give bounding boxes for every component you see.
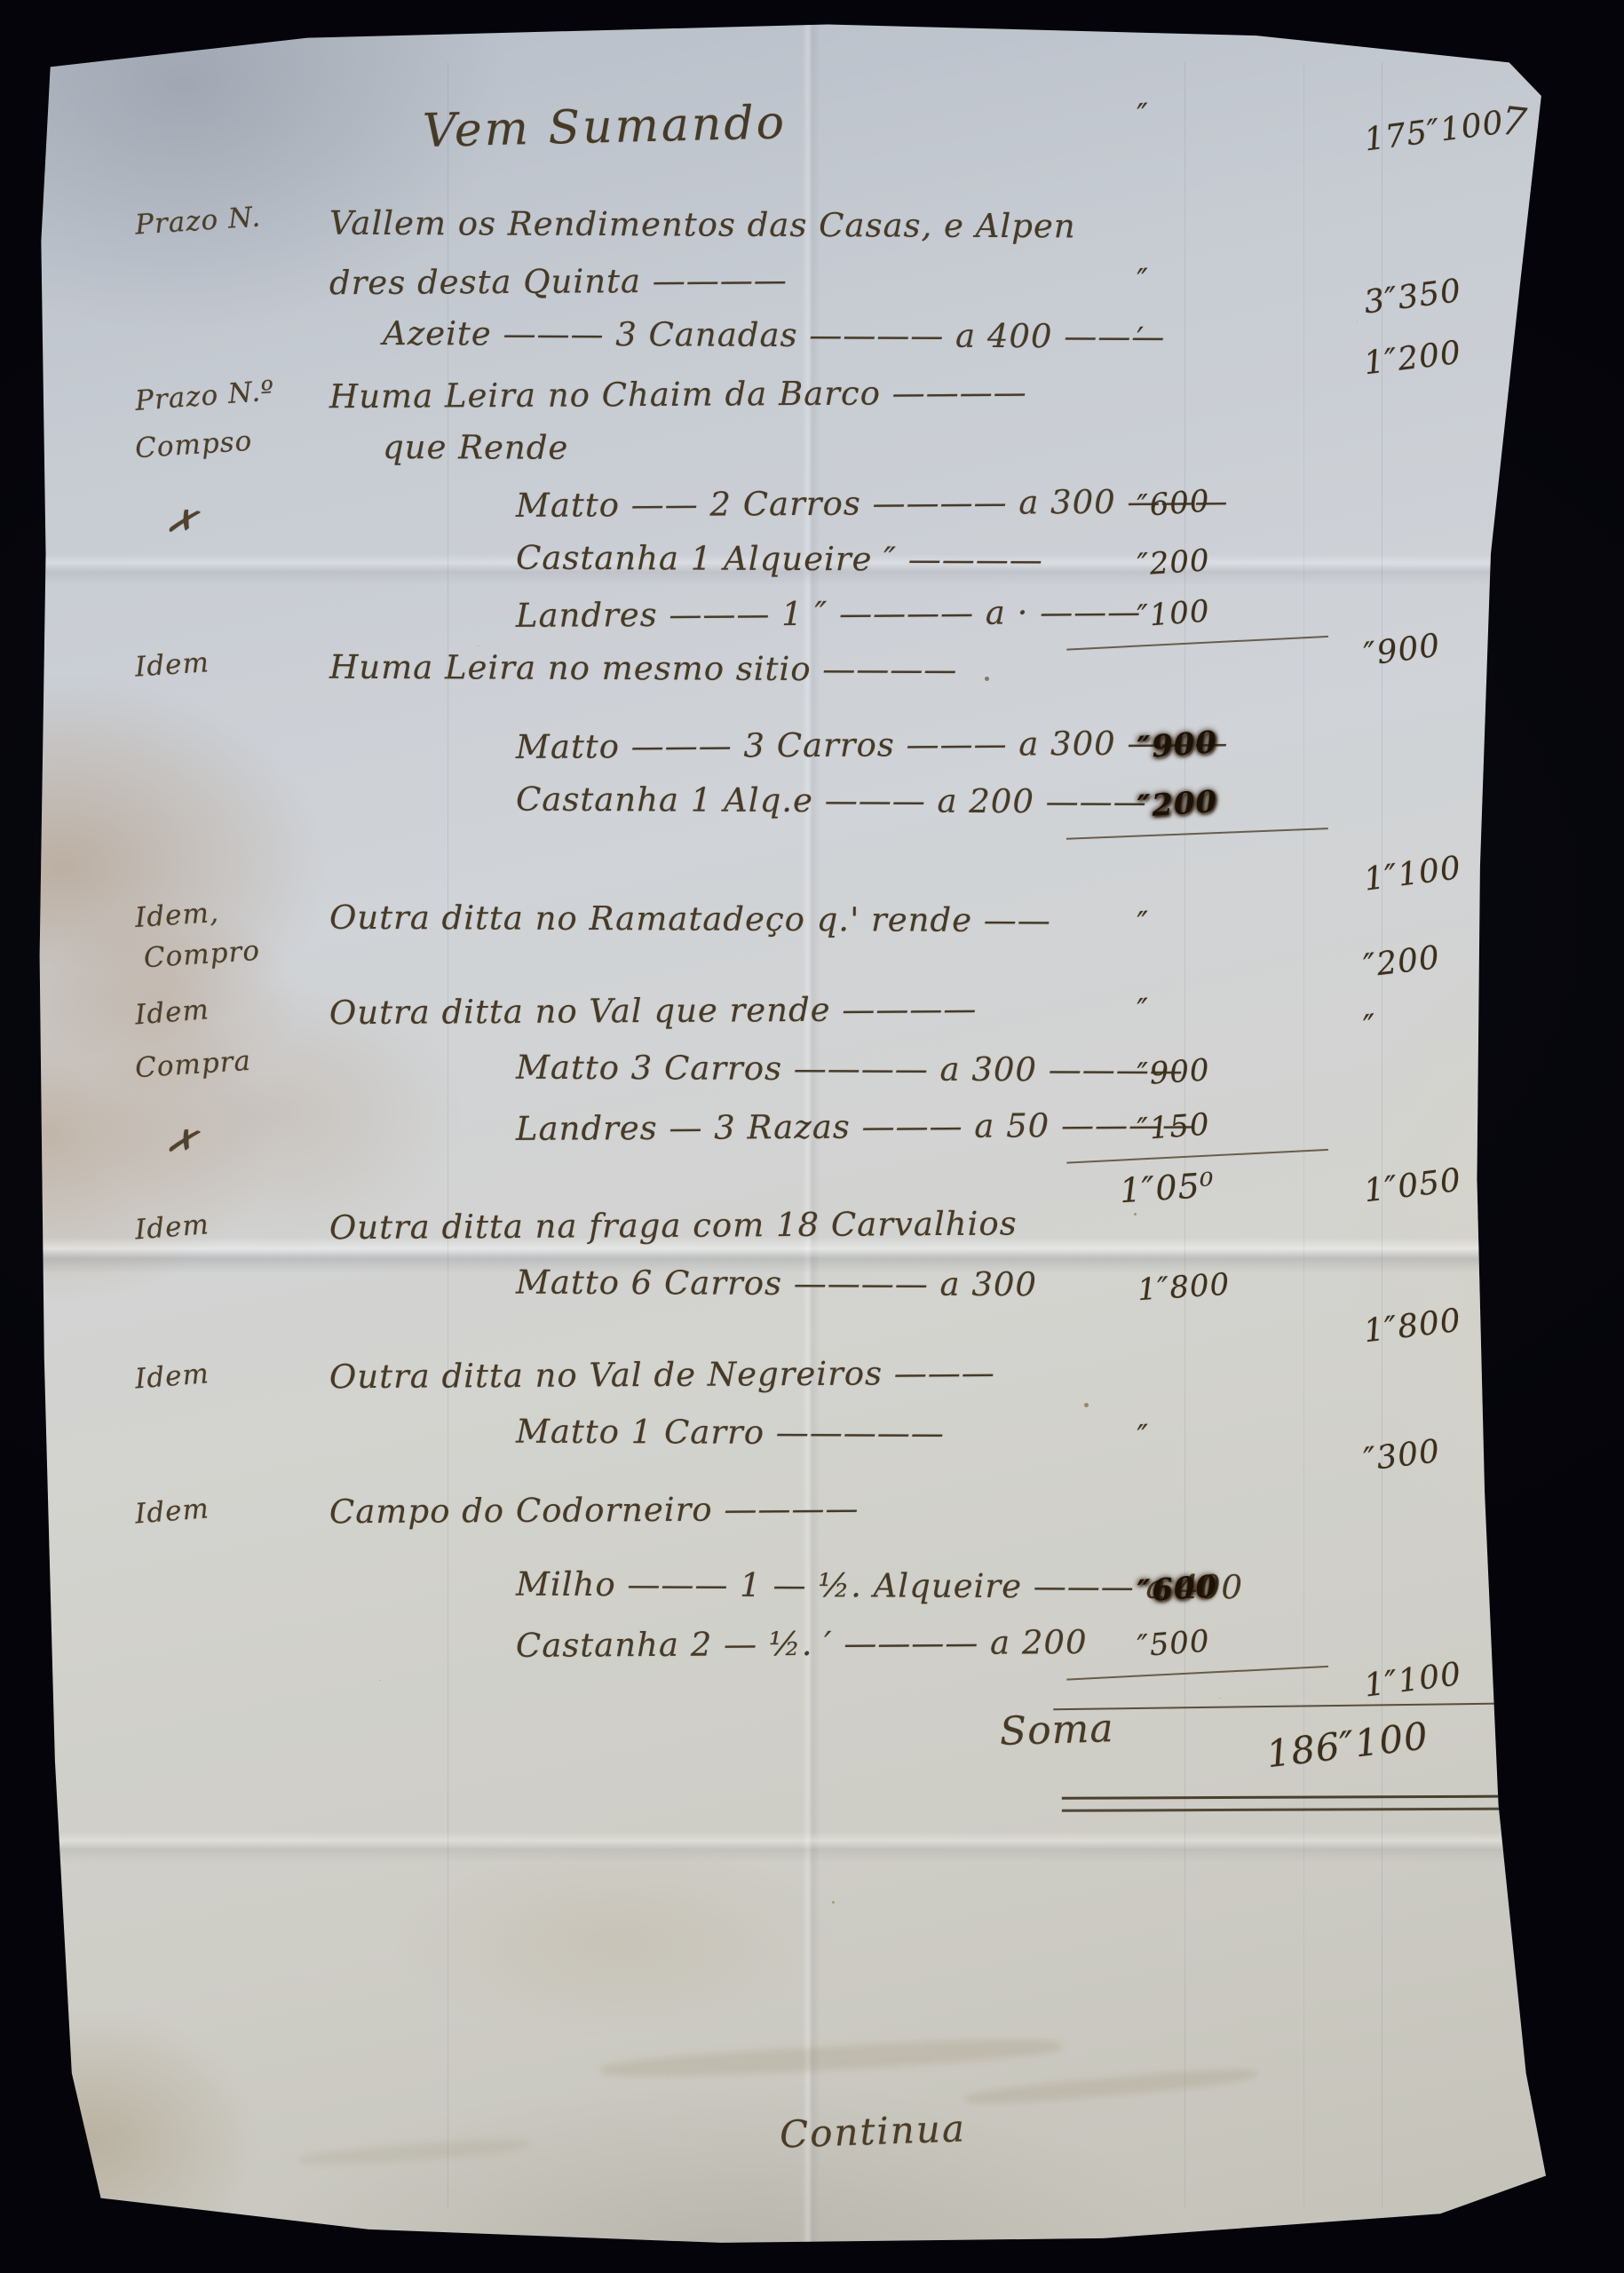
amount-right: 1″800 — [1362, 1303, 1463, 1350]
amount-mid: ″ — [1136, 97, 1151, 133]
amount-mid: 1″800 — [1137, 1267, 1232, 1309]
entry-text: dres desta Quinta ———— — [32, 257, 1563, 305]
amount-mid: ″ — [1137, 1418, 1151, 1454]
bleed-through-marks — [964, 2065, 1257, 2109]
entry-text: Campo do Codorneiro ———— — [32, 1485, 1563, 1533]
soma: Soma186″100 — [32, 1712, 1563, 1804]
item-milho: Milho ——— 1 — ½. Alqueire ——— a 400″600 — [32, 1563, 1563, 1616]
margin-note: Idem — [134, 1208, 210, 1246]
margin-note: Idem, — [134, 897, 220, 934]
item-matto-1-carro: Matto 1 Carro —————″″300 — [32, 1410, 1563, 1463]
entry-text: Matto 6 Carros ———— a 300 — [32, 1261, 1563, 1306]
amount-mid: ″600 — [1137, 1569, 1219, 1610]
amount-mid: ″200 — [1137, 784, 1219, 825]
margin-note: Idem — [134, 994, 210, 1031]
entry-text: Castanha 2 — ½. ′ ———— a 200 — [32, 1620, 1563, 1668]
photograph-canvas: 7 Vem Sumando″175″100Prazo N.Vallem os R… — [0, 0, 1624, 2273]
margin-note: Idem — [134, 646, 210, 683]
amount-mid: ″500 — [1137, 1623, 1211, 1664]
sum-underline — [1066, 828, 1328, 840]
entry-text: Outra ditta no Val de Negreiros ——— — [32, 1350, 1563, 1398]
item-matto-6-carros: Matto 6 Carros ———— a 3001″8001″800 — [32, 1261, 1563, 1314]
entry-azeite: Azeite ——— 3 Canadas ———— a 400 ———′1″20… — [32, 313, 1563, 366]
footer-continua: Continua — [779, 2106, 967, 2156]
entry-codorneiro: IdemCampo do Codorneiro ———— — [32, 1485, 1563, 1541]
amount-right: ″200 — [1362, 939, 1442, 985]
amount-right: 1″100 — [1362, 850, 1463, 899]
entry-text: Azeite ——— 3 Canadas ———— a 400 ——— — [32, 313, 1563, 358]
entry-text: Matto —— 2 Carros ———— a 300 ——— — [32, 480, 1563, 528]
item-castanha-2: Castanha 2 — ½. ′ ———— a 200″5001″100 — [32, 1620, 1563, 1676]
sum-underline — [1066, 1149, 1328, 1164]
entry-text: Huma Leira no mesmo sitio ———— — [32, 646, 1563, 692]
amount-mid: ″ — [1136, 992, 1151, 1028]
bleed-through-marks — [600, 2034, 1063, 2081]
amount-mid: ″150 — [1137, 1106, 1211, 1147]
entry-leira-chaim-rende: Compso✗que Rende — [32, 426, 1563, 479]
amount-mid: ″ — [1136, 262, 1151, 298]
entry-leira-chaim: Prazo N.ºHuma Leira no Chaim da Barco ——… — [32, 370, 1563, 426]
item-matto-3-carros-val: Compra✗Matto 3 Carros ———— a 300 ————″90… — [32, 1046, 1563, 1099]
entry-negreiros: IdemOutra ditta no Val de Negreiros ——— — [32, 1350, 1563, 1406]
amount-mid: ″900 — [1137, 725, 1219, 766]
margin-note: Idem — [134, 1358, 210, 1395]
ledger-lines: Vem Sumando″175″100Prazo N.Vallem os Ren… — [32, 96, 1563, 1810]
entry-text: Outra ditta no Val que rende ———— — [32, 986, 1563, 1034]
entry-leira-mesmo-sitio: IdemHuma Leira no mesmo sitio ———— — [32, 646, 1563, 700]
bleed-through-marks — [298, 2136, 530, 2168]
item-matto-3-carros: Matto ——— 3 Carros ——— a 300 ———″900 — [32, 722, 1563, 778]
entry-text: Castanha 1 Alqueire ″ ———— — [32, 536, 1563, 582]
entry-casas: Prazo N.Vallem os Rendimentos das Casas,… — [32, 202, 1563, 256]
entry-casas-2: dres desta Quinta ————″3″350 — [32, 257, 1563, 313]
item-castanha-1-alqueire: Castanha 1 Alqueire ″ ————″200 — [32, 536, 1563, 590]
entry-text: Matto 3 Carros ———— a 300 ———— — [32, 1046, 1563, 1091]
subtotal-val: 1″05⁰1″050 — [32, 1160, 1563, 1200]
amount-right: ″300 — [1362, 1433, 1442, 1478]
amount-mid: ″900 — [1137, 1052, 1211, 1092]
amount-mid: ″200 — [1137, 543, 1211, 582]
margin-note: Compro — [143, 935, 261, 974]
subtotal-leira: 1″100 — [32, 853, 1563, 897]
entry-text: Matto ——— 3 Carros ——— a 300 ——— — [32, 722, 1563, 770]
entry-text: Matto 1 Carro ————— — [32, 1410, 1563, 1455]
carried-forward: Vem Sumando″175″100 — [32, 91, 1563, 154]
entry-text: que Rende — [32, 426, 1563, 471]
entry-fraga: IdemOutra ditta na fraga com 18 Carvalhi… — [32, 1201, 1563, 1257]
amount-mid: ″ — [1137, 905, 1151, 941]
item-landres-3-razas: Landres — 3 Razas ——— a 50 ————″150 — [32, 1104, 1563, 1160]
entry-ramatadeco: Idem,ComproOutra ditta no Ramatadeço q.'… — [32, 897, 1563, 950]
margin-note: Idem — [134, 1493, 210, 1530]
entry-text: Castanha 1 Alq.e ——— a 200 ——— — [32, 778, 1563, 823]
entry-text: Landres ——— 1 ″ ———— a · ——— — [32, 590, 1563, 638]
item-castanha-1-alqre: Castanha 1 Alq.e ——— a 200 ———″200 — [32, 778, 1563, 831]
item-landres-1: Landres ——— 1 ″ ———— a · ———″100″900 — [32, 590, 1563, 646]
entry-text: Vem Sumando — [32, 78, 1564, 168]
manuscript-paper: 7 Vem Sumando″175″100Prazo N.Vallem os R… — [32, 18, 1563, 2252]
sum-underline — [1066, 1666, 1328, 1681]
amount-mid: ″600 — [1137, 483, 1211, 524]
sum-underline — [1066, 636, 1328, 651]
entry-text: Milho ——— 1 — ½. Alqueire ——— a 400 — [32, 1563, 1563, 1608]
entry-text: Outra ditta na fraga com 18 Carvalhios — [32, 1201, 1563, 1249]
entry-text: Landres — 3 Razas ——— a 50 ———— — [32, 1104, 1563, 1152]
item-matto-2-carros: Matto —— 2 Carros ———— a 300 ———″600 — [32, 480, 1563, 536]
amount-mid: ″100 — [1137, 593, 1211, 634]
entry-text: Outra ditta no Ramatadeço q.' rende —— — [32, 897, 1563, 942]
entry-val: IdemOutra ditta no Val que rende ————″″ — [32, 986, 1563, 1042]
